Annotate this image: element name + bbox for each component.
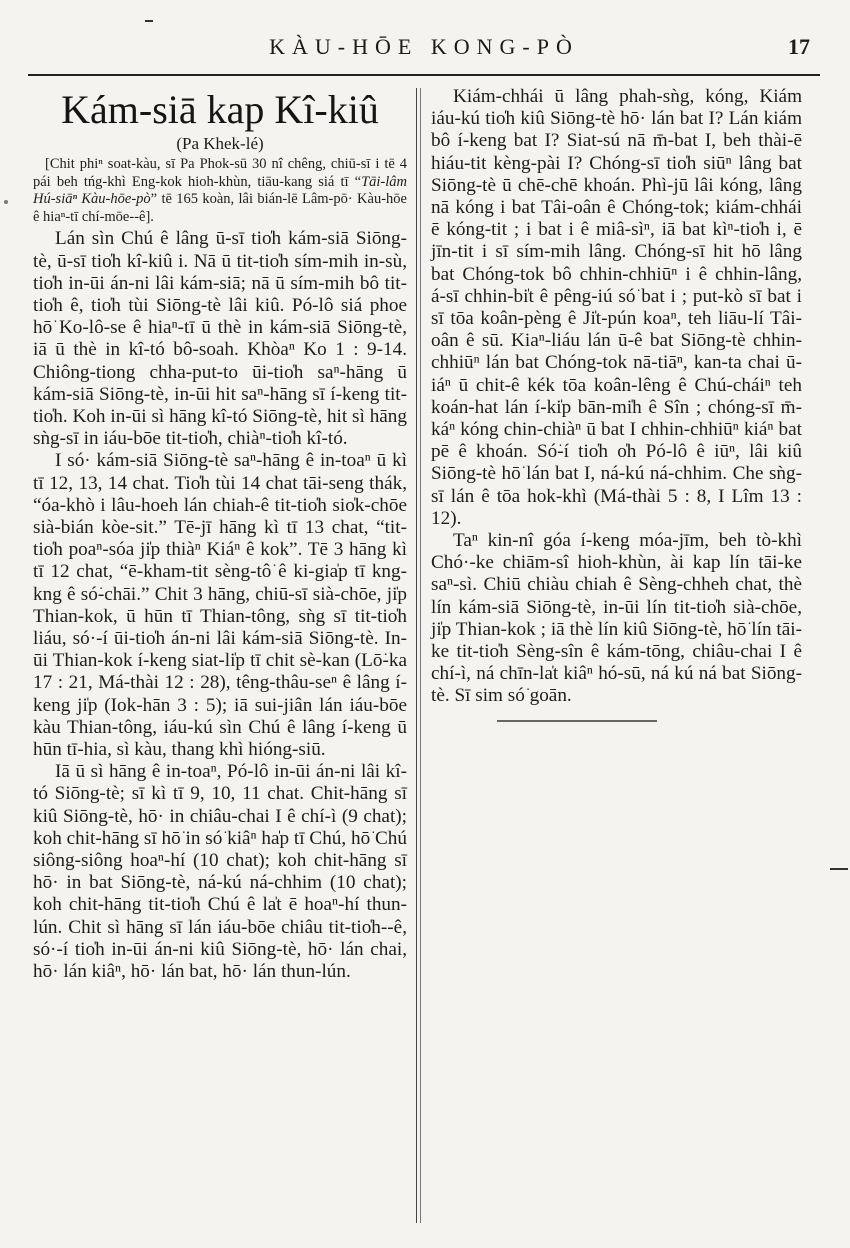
scan-speck <box>4 200 8 204</box>
body-paragraph: Taⁿ kin-nî góa í-keng móa-jīm, beh tò-kh… <box>431 530 802 708</box>
body-paragraph: Kiám-chhái ū lâng phah-sǹg, kóng, Kiám i… <box>431 86 802 530</box>
header-rule <box>28 74 820 76</box>
column-divider <box>420 88 421 1223</box>
column-divider <box>416 88 417 1223</box>
right-column: Kiám-chhái ū lâng phah-sǹg, kóng, Kiám i… <box>431 86 802 722</box>
publication-title: KÀU-HŌE KONG-PÒ <box>28 34 820 60</box>
article-byline: (Pa Khek-lé) <box>33 134 407 154</box>
body-paragraph: I só· kám-siā Siōng-tè saⁿ-hāng ê in-toa… <box>33 450 407 761</box>
newspaper-page: KÀU-HŌE KONG-PÒ 17 Kám-siā kap Kî-kiû (P… <box>0 0 850 1248</box>
article-end-rule <box>497 720 657 722</box>
page-header: KÀU-HŌE KONG-PÒ 17 <box>28 28 820 80</box>
article-title: Kám-siā kap Kî-kiû <box>33 88 407 132</box>
scan-speck <box>830 868 848 870</box>
editor-note-part1: [Chit phiⁿ soat-kàu, sī Pa Phok-sū 30 nî… <box>33 156 407 190</box>
left-column: Kám-siā kap Kî-kiû (Pa Khek-lé) [Chit ph… <box>33 86 407 983</box>
editor-note: [Chit phiⁿ soat-kàu, sī Pa Phok-sū 30 nî… <box>33 156 407 226</box>
page-number: 17 <box>788 34 810 60</box>
scan-speck <box>145 20 153 22</box>
body-paragraph: Iā ū sì hāng ê in-toaⁿ, Pó-lô in-ūi án-n… <box>33 761 407 983</box>
body-paragraph: Lán sìn Chú ê lâng ū-sī tio̍h kám-siā Si… <box>33 228 407 450</box>
